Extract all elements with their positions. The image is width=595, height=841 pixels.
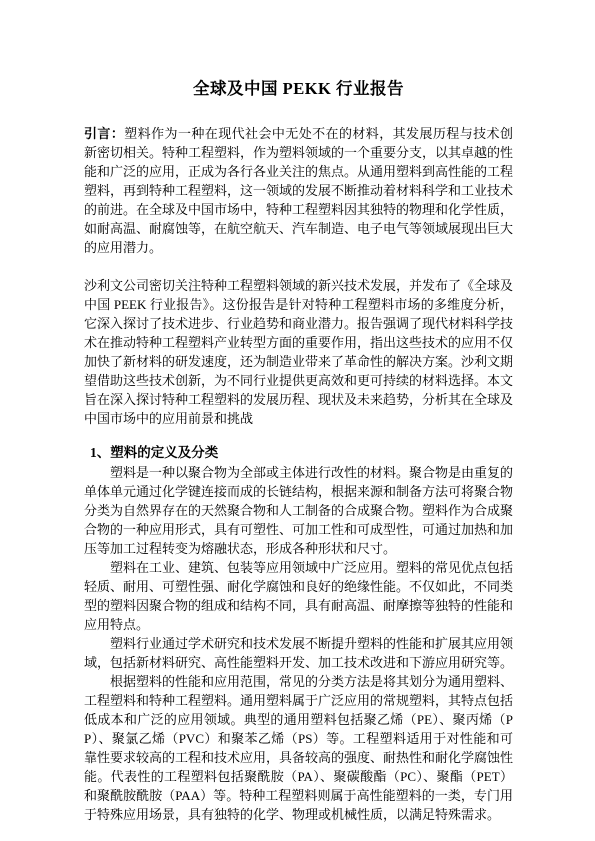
intro-label: 引言： xyxy=(84,126,124,141)
document-page: 全球及中国 PEKK 行业报告 引言：塑料作为一种在现代社会中无处不在的材料，其… xyxy=(0,0,595,841)
document-title: 全球及中国 PEKK 行业报告 xyxy=(84,78,513,100)
intro-paragraph: 引言：塑料作为一种在现代社会中无处不在的材料，其发展历程与技术创新密切相关。特种… xyxy=(84,124,513,257)
intro-text: 塑料作为一种在现代社会中无处不在的材料，其发展历程与技术创新密切相关。特种工程塑… xyxy=(84,126,513,255)
section-1-paragraph-applications: 塑料在工业、建筑、包装等应用领域中广泛应用。塑料的常见优点包括轻质、耐用、可塑性… xyxy=(84,558,513,634)
section-1-paragraph-definition: 塑料是一种以聚合物为全部或主体进行改性的材料。聚合物是由重复的单体单元通过化学键… xyxy=(84,463,513,558)
section-1-heading: 1、塑料的定义及分类 xyxy=(90,442,513,463)
overview-paragraph: 沙利文公司密切关注特种工程塑料领域的新兴技术发展，并发布了《全球及中国 PEEK… xyxy=(84,276,513,428)
section-1-paragraph-classification: 根据塑料的性能和应用范围，常见的分类方法是将其划分为通用塑料、工程塑料和特种工程… xyxy=(84,672,513,824)
section-1-paragraph-industry: 塑料行业通过学术研究和技术发展不断提升塑料的性能和扩展其应用领域，包括新材料研究… xyxy=(84,634,513,672)
